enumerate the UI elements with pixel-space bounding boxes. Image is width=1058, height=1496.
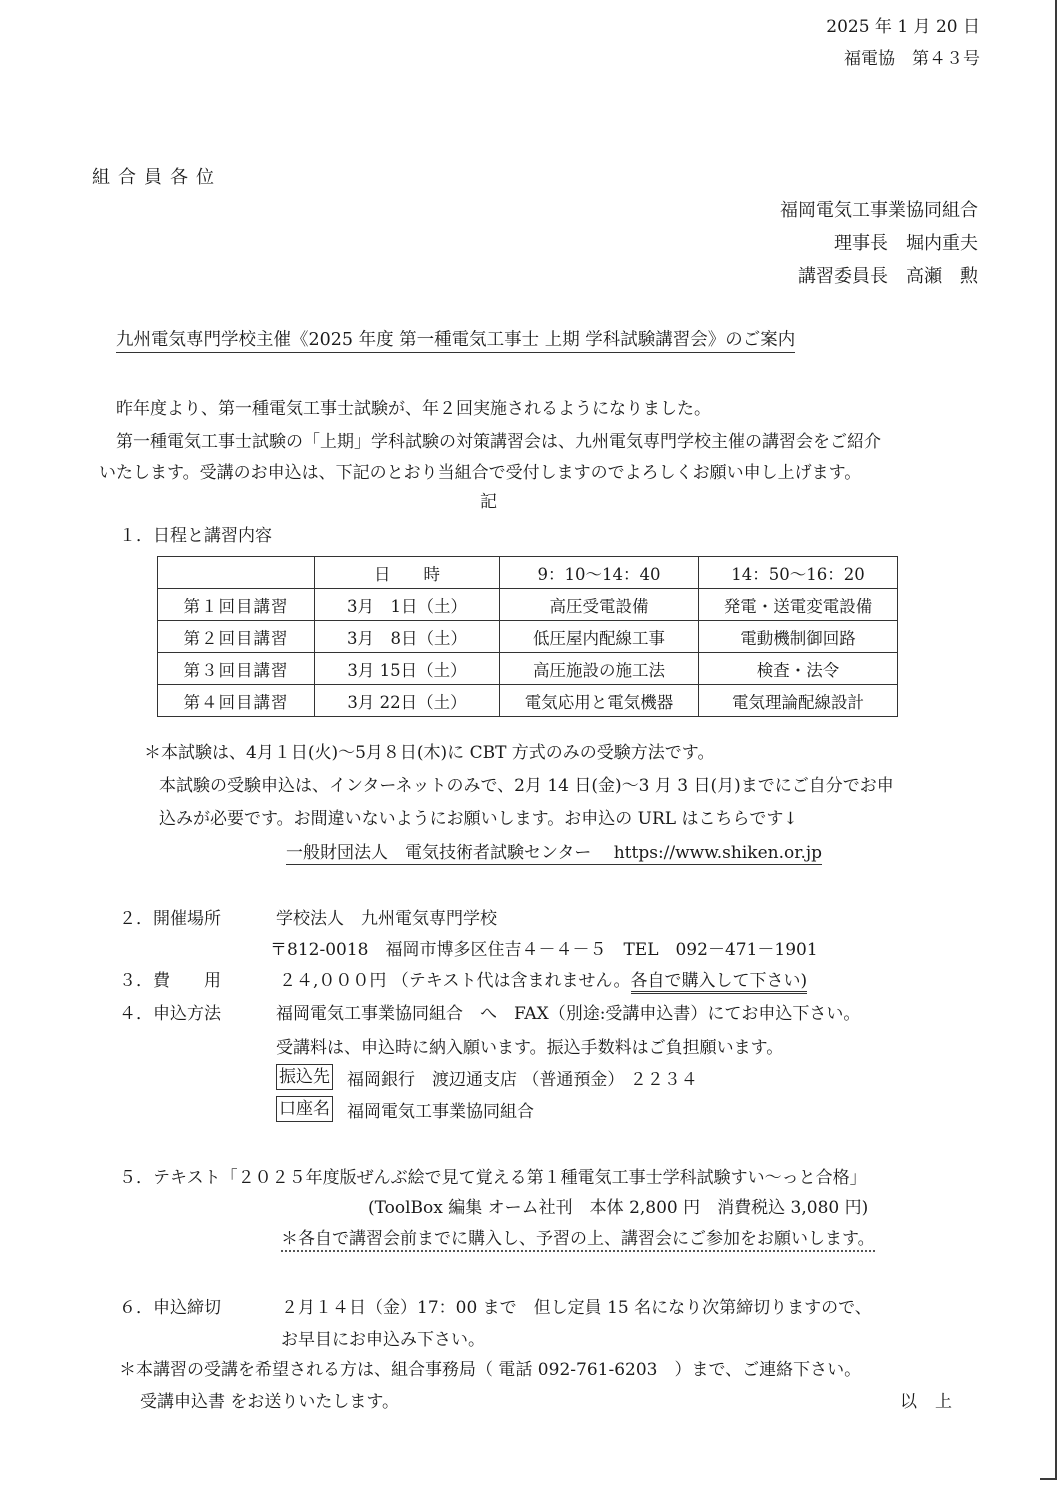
contact-note: ＊本講習の受講を希望される方は、組合事務局（ 電話 092-761-6203 ）…	[119, 1355, 861, 1380]
exam-center-link[interactable]: 一般財団法人 電気技術者試験センター https://www.shiken.or…	[286, 838, 822, 865]
table-header-cell	[158, 557, 315, 589]
intro-line-1: 昨年度より、第一種電気工事士試験が、年２回実施されるようになりました。	[116, 394, 711, 419]
section-1-heading: １．日程と講習内容	[119, 521, 272, 546]
sender-chairman: 理事長 堀内重夫	[834, 229, 978, 255]
table-row: 第２回目講習 3月 8日（土） 低圧屋内配線工事 電動機制御回路	[158, 621, 898, 653]
bank-details: 福岡銀行 渡辺通支店 （普通預金） ２２３４	[347, 1065, 698, 1090]
form-note: 受講申込書 をお送りいたします。	[140, 1387, 399, 1412]
section-3-label: ３．費 用	[119, 966, 221, 991]
page-edge-corner	[1040, 1478, 1057, 1480]
table-header-row: 日 時 9：10～14：40 14：50～16：20	[158, 557, 898, 589]
payment-note: 受講料は、申込時に納入願います。振込手数料はご負担願います。	[276, 1033, 783, 1058]
table-header-cell: 日 時	[315, 557, 500, 589]
ki-marker: 記	[480, 487, 497, 512]
table-cell: 第４回目講習	[158, 685, 315, 717]
fee-amount: ２４,０００円 （テキスト代は含まれません。	[279, 971, 631, 991]
recipient: 組合員各位	[92, 163, 222, 189]
table-cell: 電気理論配線設計	[699, 685, 898, 717]
document-title: 九州電気専門学校主催《2025 年度 第一種電気工事士 上期 学科試験講習会》の…	[116, 326, 795, 353]
exam-note-3: 込みが必要です。お間違いないようにお願いします。お申込の URL はこちらです↓	[159, 804, 798, 829]
section-2-label: ２．開催場所	[119, 904, 221, 929]
table-cell: 高圧施設の施工法	[500, 653, 699, 685]
table-row: 第４回目講習 3月 22日（土） 電気応用と電気機器 電気理論配線設計	[158, 685, 898, 717]
table-cell: 第３回目講習	[158, 653, 315, 685]
table-cell: 3月 8日（土）	[315, 621, 500, 653]
bank-transfer-row: 振込先 福岡銀行 渡辺通支店 （普通預金） ２２３４	[276, 1064, 698, 1090]
table-row: 第１回目講習 3月 1日（土） 高圧受電設備 発電・送電変電設備	[158, 589, 898, 621]
intro-line-2: 第一種電気工事士試験の「上期」学科試験の対策講習会は、九州電気専門学校主催の講習…	[116, 427, 881, 452]
table-cell: 発電・送電変電設備	[699, 589, 898, 621]
table-cell: 検査・法令	[699, 653, 898, 685]
section-6-label: ６．申込締切	[119, 1293, 221, 1318]
sender-organization: 福岡電気工事業協同組合	[780, 196, 978, 222]
textbook-publisher: (ToolBox 編集 オーム社刊 本体 2,800 円 消費税込 3,080 …	[368, 1193, 868, 1218]
table-cell: 第１回目講習	[158, 589, 315, 621]
table-cell: 電気応用と電気機器	[500, 685, 699, 717]
textbook-line: ５．テキスト「２０２５年度版ぜんぶ絵で見て覚える第１種電気工事士学科試験すい～っ…	[119, 1163, 867, 1188]
closing-mark: 以上	[900, 1387, 970, 1412]
bank-label-box: 振込先	[276, 1064, 333, 1090]
venue-address: 〒812-0018 福岡市博多区住吉４－４－５ TEL 092－471－1901	[270, 935, 818, 960]
table-cell: 高圧受電設備	[500, 589, 699, 621]
exam-note-2: 本試験の受験申込は、インターネットのみで、2月 14 日(金)～3 月 3 日(…	[159, 771, 894, 796]
document-date: 2025 年 1 月 20 日	[826, 12, 980, 37]
application-method: 福岡電気工事業協同組合 へ FAX（別途:受講申込書）にてお申込下さい。	[276, 999, 860, 1024]
deadline-line-2: お早目にお申込み下さい。	[281, 1325, 485, 1350]
table-row: 第３回目講習 3月 15日（土） 高圧施設の施工法 検査・法令	[158, 653, 898, 685]
venue-name: 学校法人 九州電気専門学校	[276, 904, 497, 929]
deadline-line-1: ２月１４日（金）17：00 まで 但し定員 15 名になり次第締切りますので、	[281, 1293, 872, 1318]
table-cell: 3月 22日（土）	[315, 685, 500, 717]
schedule-table: 日 時 9：10～14：40 14：50～16：20 第１回目講習 3月 1日（…	[157, 556, 898, 717]
table-cell: 3月 1日（土）	[315, 589, 500, 621]
fee-value: ２４,０００円 （テキスト代は含まれません。各自で購入して下さい)	[279, 966, 807, 991]
table-header-cell: 14：50～16：20	[699, 557, 898, 589]
sender-committee-chair: 講習委員長 高瀬 勲	[798, 262, 978, 288]
exam-note-1: ＊本試験は、4月１日(火)～5月８日(木)に CBT 方式のみの受験方法です。	[144, 738, 714, 763]
account-name: 福岡電気工事業協同組合	[347, 1097, 534, 1122]
textbook-note: ＊各自で講習会前までに購入し、予習の上、講習会にご参加をお願いします。	[281, 1224, 875, 1252]
account-name-row: 口座名 福岡電気工事業協同組合	[276, 1096, 534, 1122]
table-header-cell: 9：10～14：40	[500, 557, 699, 589]
section-4-label: ４．申込方法	[119, 999, 221, 1024]
table-cell: 低圧屋内配線工事	[500, 621, 699, 653]
intro-line-3: いたします。受講のお申込は、下記のとおり当組合で受付しますのでよろしくお願い申し…	[99, 458, 861, 483]
table-cell: 第２回目講習	[158, 621, 315, 653]
table-cell: 電動機制御回路	[699, 621, 898, 653]
document-number: 福電協 第４３号	[844, 44, 980, 69]
page-edge-line	[1055, 0, 1057, 1480]
account-label-box: 口座名	[276, 1096, 333, 1122]
fee-purchase-note: 各自で購入して下さい)	[631, 971, 808, 994]
table-cell: 3月 15日（土）	[315, 653, 500, 685]
